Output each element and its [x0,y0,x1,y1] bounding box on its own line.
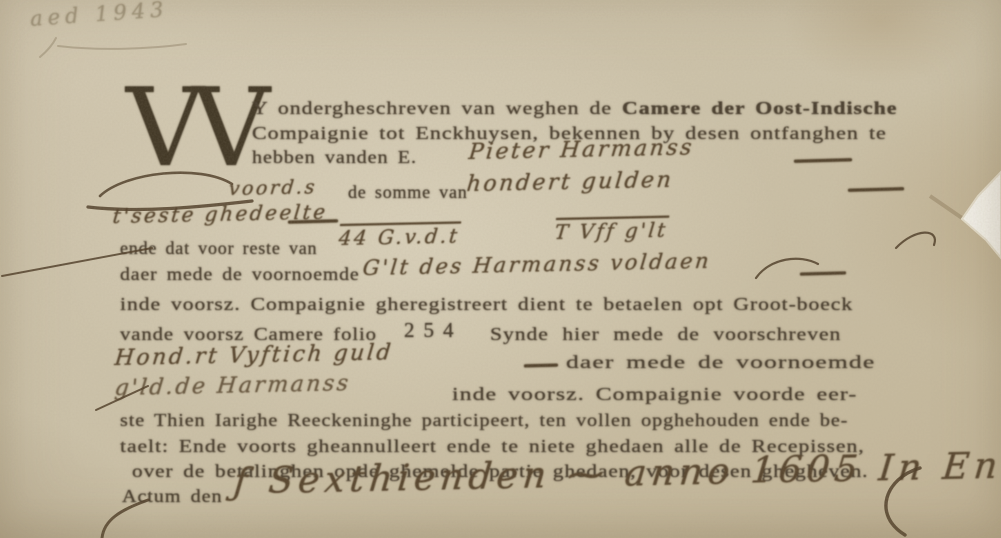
document-photo: aed 1943 VV Y ondergheschreven van weghe… [0,0,1001,538]
printed-line-10: daer mede de voornoemde [566,352,875,373]
printed-line-9-post: Synde hier mede de voorschreven [490,324,841,345]
printed-line-1: Y ondergheschreven van weghen de Camere … [252,98,897,119]
ink-dash [794,158,852,163]
printed-line-1-text: Y ondergheschreven van weghen de [252,98,622,118]
drop-cap-initial: VV [126,86,258,172]
printed-line-12: ste Thien Iarighe Reeckeninghe participe… [120,410,848,431]
handwritten-line-11: g'ld.de Harmanss [113,371,351,401]
printed-line-11: inde voorsz. Compaignie voorde eer- [452,384,857,405]
ink-dash [524,364,558,368]
handwritten-rest-amount-2: T Vff g'lt [554,218,669,244]
printed-folio-number: 254 [404,318,463,343]
handwritten-payer-name: Pieter Harmanss [467,135,695,165]
handwritten-line-7: G'lt des Harmanss voldaen [362,249,713,280]
printed-line-15: Actum den [122,486,222,507]
printed-line-1-bold: Camere der Oost-Indische [622,98,897,118]
handwritten-amount-total: Hond.rt Vyftich guld [113,340,394,371]
ink-dash [848,187,904,192]
text-layer: aed 1943 VV Y ondergheschreven van weghe… [0,0,1001,538]
printed-line-3: hebben vanden E. [252,147,417,168]
handwritten-rest-amount-1: 44 G.v.d.t [338,223,461,250]
printed-line-7: daer mede de voornoemde [120,264,360,285]
printed-line-8: inde voorsz. Compaignie gheregistreert d… [120,294,853,315]
printed-line-6: ende dat voor reste van [120,238,317,259]
printed-line-4: de somme van [348,182,468,203]
pencil-archive-note: aed 1943 [29,0,169,31]
ink-dash [800,271,846,276]
handwritten-amount-main: hondert gulden [465,168,674,197]
handwritten-line-5: t'seste ghedeelte [112,199,329,228]
handwritten-line-4-pre: voord.s [228,176,318,200]
